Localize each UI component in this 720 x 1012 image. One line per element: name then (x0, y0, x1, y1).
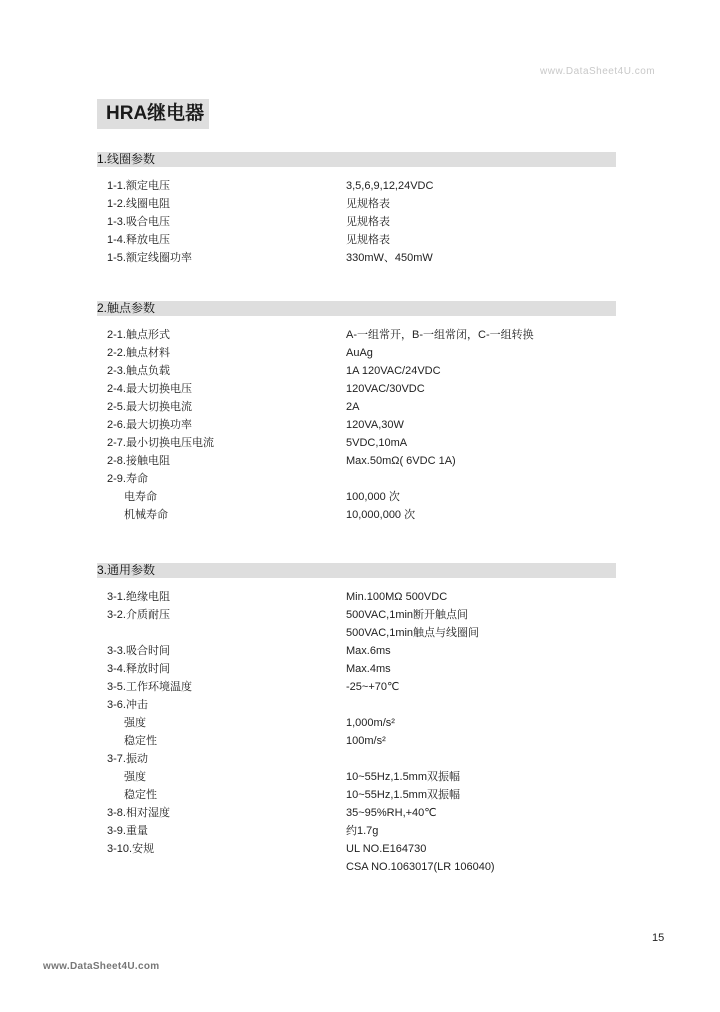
spec-label: 2-7.最小切换电压电流 (107, 434, 214, 452)
spec-value: 约1.7g (346, 822, 378, 840)
spec-row: 3-7.振动 (107, 750, 607, 768)
spec-label: 2-2.触点材料 (107, 344, 170, 362)
spec-label: 2-5.最大切换电流 (107, 398, 192, 416)
section-heading-general: 3.通用参数 (97, 563, 616, 578)
spec-row: 1-5.额定线圈功率 330mW、450mW (107, 249, 607, 267)
spec-value: AuAg (346, 344, 373, 362)
spec-row: 3-4.释放时间 Max.4ms (107, 660, 607, 678)
spec-label: 3-4.释放时间 (107, 660, 170, 678)
spec-value: 10~55Hz,1.5mm双振幅 (346, 786, 460, 804)
spec-label: 2-8.接触电阻 (107, 452, 170, 470)
spec-row: 2-2.触点材料 AuAg (107, 344, 607, 362)
spec-value: 35~95%RH,+40℃ (346, 804, 437, 822)
spec-row: 2-5.最大切换电流 2A (107, 398, 607, 416)
spec-row: 3-2.介质耐压 500VAC,1min断开触点间 (107, 606, 607, 624)
spec-row: 3-6.冲击 (107, 696, 607, 714)
spec-row: 稳定性 100m/s² (107, 732, 607, 750)
header-watermark: www.DataSheet4U.com (540, 66, 655, 77)
spec-row: 机械寿命 10,000,000 次 (107, 506, 607, 524)
spec-value: 1,000m/s² (346, 714, 395, 732)
spec-label: 1-5.额定线圈功率 (107, 249, 192, 267)
spec-value: 100,000 次 (346, 488, 400, 506)
spec-value: 330mW、450mW (346, 249, 433, 267)
spec-label: 1-1.额定电压 (107, 177, 170, 195)
spec-row: 3-9.重量 约1.7g (107, 822, 607, 840)
spec-value: 2A (346, 398, 359, 416)
spec-label: 3-5.工作环境温度 (107, 678, 192, 696)
spec-label: 稳定性 (124, 786, 157, 804)
spec-value: 见规格表 (346, 195, 390, 213)
spec-value: CSA NO.1063017(LR 106040) (346, 858, 495, 876)
spec-row: 2-4.最大切换电压 120VAC/30VDC (107, 380, 607, 398)
spec-label: 3-8.相对湿度 (107, 804, 170, 822)
spec-value: UL NO.E164730 (346, 840, 426, 858)
spec-label: 电寿命 (124, 488, 157, 506)
spec-label: 3-6.冲击 (107, 696, 148, 714)
spec-label: 2-9.寿命 (107, 470, 148, 488)
spec-row: 2-7.最小切换电压电流 5VDC,10mA (107, 434, 607, 452)
spec-row: 强度 1,000m/s² (107, 714, 607, 732)
spec-value: 500VAC,1min断开触点间 (346, 606, 468, 624)
spec-value: 100m/s² (346, 732, 386, 750)
spec-label: 3-2.介质耐压 (107, 606, 170, 624)
spec-label: 稳定性 (124, 732, 157, 750)
spec-row: 2-6.最大切换功率 120VA,30W (107, 416, 607, 434)
spec-row: 3-1.绝缘电阻 Min.100MΩ 500VDC (107, 588, 607, 606)
spec-value: 3,5,6,9,12,24VDC (346, 177, 433, 195)
spec-label: 1-4.释放电压 (107, 231, 170, 249)
spec-label: 3-3.吸合时间 (107, 642, 170, 660)
spec-value: 1A 120VAC/24VDC (346, 362, 441, 380)
spec-row: 强度 10~55Hz,1.5mm双振幅 (107, 768, 607, 786)
spec-label: 3-10.安规 (107, 840, 154, 858)
spec-label: 2-3.触点负载 (107, 362, 170, 380)
spec-row: 2-3.触点负载 1A 120VAC/24VDC (107, 362, 607, 380)
document-title: HRA继电器 (97, 99, 209, 129)
spec-label: 2-4.最大切换电压 (107, 380, 192, 398)
spec-row: 1-4.释放电压 见规格表 (107, 231, 607, 249)
spec-row: CSA NO.1063017(LR 106040) (107, 858, 607, 876)
spec-row: 3-8.相对湿度 35~95%RH,+40℃ (107, 804, 607, 822)
spec-row: 稳定性 10~55Hz,1.5mm双振幅 (107, 786, 607, 804)
spec-label: 机械寿命 (124, 506, 168, 524)
spec-label: 强度 (124, 768, 146, 786)
spec-label: 3-9.重量 (107, 822, 148, 840)
spec-value: 10,000,000 次 (346, 506, 415, 524)
section-heading-coil: 1.线圈参数 (97, 152, 616, 167)
spec-value: 见规格表 (346, 231, 390, 249)
spec-label: 2-6.最大切换功率 (107, 416, 192, 434)
spec-label: 3-7.振动 (107, 750, 148, 768)
spec-label: 强度 (124, 714, 146, 732)
section-heading-contact: 2.触点参数 (97, 301, 616, 316)
page-number: 15 (652, 932, 664, 944)
spec-row: 2-8.接触电阻 Max.50mΩ( 6VDC 1A) (107, 452, 607, 470)
spec-value: 10~55Hz,1.5mm双振幅 (346, 768, 460, 786)
spec-value: 见规格表 (346, 213, 390, 231)
spec-label: 1-2.线圈电阻 (107, 195, 170, 213)
spec-row: 1-3.吸合电压 见规格表 (107, 213, 607, 231)
spec-label: 3-1.绝缘电阻 (107, 588, 170, 606)
spec-value: 500VAC,1min触点与线圈间 (346, 624, 479, 642)
footer-watermark-link[interactable]: www.DataSheet4U.com (43, 961, 159, 972)
spec-row: 2-9.寿命 (107, 470, 607, 488)
spec-value: Max.6ms (346, 642, 391, 660)
spec-row: 3-3.吸合时间 Max.6ms (107, 642, 607, 660)
spec-label: 1-3.吸合电压 (107, 213, 170, 231)
spec-row: 2-1.触点形式 A-一组常开，B-一组常闭，C-一组转换 (107, 326, 607, 344)
spec-value: -25~+70℃ (346, 678, 399, 696)
spec-row: 1-2.线圈电阻 见规格表 (107, 195, 607, 213)
spec-value: A-一组常开，B-一组常闭，C-一组转换 (346, 326, 534, 344)
spec-row: 500VAC,1min触点与线圈间 (107, 624, 607, 642)
spec-value: 120VA,30W (346, 416, 404, 434)
spec-value: 5VDC,10mA (346, 434, 407, 452)
spec-value: Max.50mΩ( 6VDC 1A) (346, 452, 456, 470)
spec-value: 120VAC/30VDC (346, 380, 425, 398)
spec-row: 3-5.工作环境温度 -25~+70℃ (107, 678, 607, 696)
spec-value: Min.100MΩ 500VDC (346, 588, 447, 606)
spec-row: 3-10.安规 UL NO.E164730 (107, 840, 607, 858)
spec-value: Max.4ms (346, 660, 391, 678)
spec-row: 电寿命 100,000 次 (107, 488, 607, 506)
spec-label: 2-1.触点形式 (107, 326, 170, 344)
spec-row: 1-1.额定电压 3,5,6,9,12,24VDC (107, 177, 607, 195)
